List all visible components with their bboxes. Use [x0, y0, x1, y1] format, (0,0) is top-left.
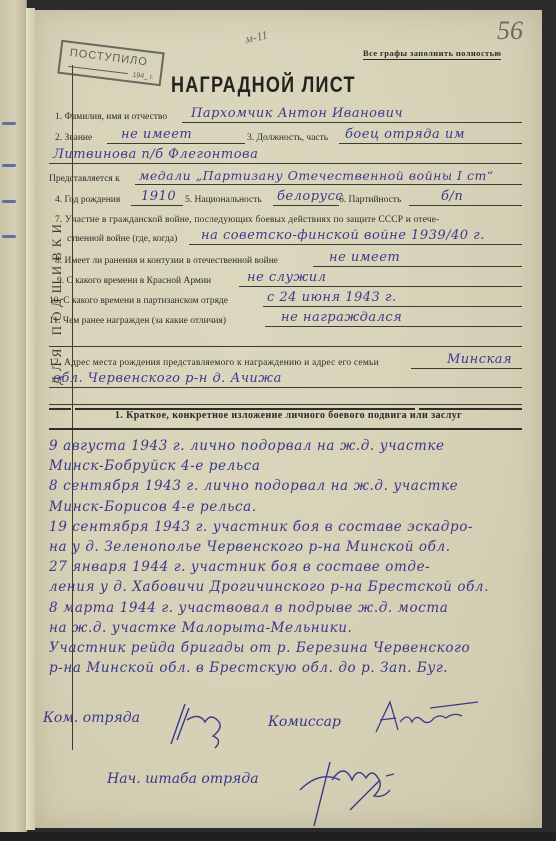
ink-mark [2, 122, 16, 125]
field-address-blank [49, 388, 522, 406]
signature-commander: Ком. отряда [43, 710, 140, 726]
signature-title: Нач. штаба отряда [107, 771, 259, 787]
field-prior-awards-blank [49, 330, 522, 348]
field-label: 9. С какого времени в Красной Армии [57, 276, 211, 286]
chief-of-staff-signature-scrawl [290, 750, 420, 830]
field-label: 4. Год рождения [55, 195, 120, 205]
field-rule [107, 143, 245, 144]
field-value: 1910 [141, 189, 176, 204]
signature-commissar: Комиссар [268, 714, 341, 730]
field-value: медали „Партизану Отечественной войны I … [139, 168, 494, 183]
field-rule [339, 143, 522, 144]
stamp-date: 194_ г. [132, 72, 154, 82]
scan-border [0, 832, 556, 841]
field-value: боец отряда им [345, 127, 465, 142]
field-label: 3. Должность, часть [247, 133, 328, 143]
signature-chief-of-staff: Нач. штаба отряда [107, 771, 259, 787]
field-label: 10. С какого времени в партизанском отря… [49, 296, 228, 306]
field-value: с 24 июня 1943 г. [267, 290, 397, 305]
adjacent-page-edge [0, 0, 27, 832]
field-label: 2. Звание [55, 133, 92, 143]
field-value: обл. Червенского р-н д. Ачижа [53, 371, 282, 386]
archive-mark: м-11 [244, 28, 269, 47]
field-label: ственной войне (где, когда) [67, 234, 177, 244]
field-rule [409, 205, 522, 206]
field-civil-war-continued: ственной войне (где, когда) на советско-… [49, 228, 522, 246]
narrative-line: 19 сентября 1943 г. участник боя в соста… [49, 519, 473, 535]
section-title: 1. Краткое, конкретное изложение личного… [35, 410, 542, 421]
field-label: 6. Партийность [339, 195, 401, 205]
fill-instruction: Все графы заполнить полностью [363, 48, 501, 60]
field-red-army: 9. С какого времени в Красной Армии не с… [49, 270, 522, 288]
binding-spine [26, 8, 35, 830]
field-prior-awards: 11. Чем ранее награжден (за какие отличи… [49, 310, 522, 328]
commissar-signature-scrawl [370, 698, 490, 738]
narrative-line: на ж.д. участке Малорыта-Мельники. [49, 620, 352, 636]
field-name: 1. Фамилия, имя и отчество Пархомчик Ант… [49, 106, 522, 124]
field-rule [49, 346, 522, 347]
field-value: на советско-финской войне 1939/40 г. [201, 228, 485, 243]
field-birth-nationality-party: 4. Год рождения 1910 5. Национальность б… [49, 189, 522, 207]
field-civil-war: 7. Участие в гражданской войне, последую… [49, 209, 522, 227]
field-value: Литвинова п/б Флегонтова [53, 147, 258, 162]
field-award: Представляется к медали „Партизану Отече… [49, 168, 522, 186]
separator [49, 428, 522, 430]
field-value: не служил [247, 270, 326, 285]
field-rule [313, 266, 522, 267]
field-value: Минская [447, 352, 512, 367]
page-number: 56 [497, 16, 523, 46]
stamp-line [68, 66, 128, 74]
document-title: НАГРАДНОЙ ЛИСТ [171, 72, 356, 98]
field-label: 8. Имеет ли ранения и контузии в отечест… [55, 256, 278, 266]
narrative-line: 27 января 1944 г. участник боя в составе… [49, 559, 430, 575]
narrative-line: Минск-Борисов 4-е рельса. [49, 499, 257, 515]
field-label: 11. Чем ранее награжден (за какие отличи… [49, 316, 226, 326]
narrative-line: 9 августа 1943 г. лично подорвал на ж.д.… [49, 438, 445, 454]
field-partisan-since: 10. С какого времени в партизанском отря… [49, 290, 522, 308]
field-value: Пархомчик Антон Иванович [191, 106, 403, 121]
field-position-continued: Литвинова п/б Флегонтова [49, 147, 522, 165]
ink-mark [2, 235, 16, 238]
field-value: б/п [441, 189, 463, 204]
field-value: не имеет [329, 250, 400, 265]
field-address-continued: обл. Червенского р-н д. Ачижа [49, 371, 522, 389]
field-rule [411, 368, 522, 369]
field-label: 7. Участие в гражданской войне, последую… [55, 215, 439, 225]
field-rule [49, 163, 522, 164]
field-rule [189, 244, 522, 245]
field-rule [131, 205, 183, 206]
field-rule [49, 404, 522, 405]
field-rule [265, 326, 522, 327]
narrative-line: 8 сентября 1943 г. лично подорвал на ж.д… [49, 478, 458, 494]
field-label: 1. Фамилия, имя и отчество [55, 112, 167, 122]
field-value: не награждался [281, 310, 402, 325]
ink-mark [2, 200, 16, 203]
field-label: 5. Национальность [185, 195, 262, 205]
ink-mark [2, 164, 16, 167]
narrative-line: ления у д. Хабовичи Дрогичинского р-на Б… [49, 579, 489, 595]
narrative-line: Участник рейда бригады от р. Березина Че… [49, 640, 470, 656]
field-rule [263, 306, 522, 307]
stamp-text: ПОСТУПИЛО [69, 47, 148, 68]
field-value: не имеет [121, 127, 192, 142]
narrative-line: р-на Минской обл. в Брестскую обл. до р.… [49, 660, 448, 676]
narrative-line: Минск-Бобруйск 4-е рельса [49, 458, 261, 474]
field-rank-position: 2. Звание не имеет 3. Должность, часть б… [49, 127, 522, 145]
field-rule [239, 286, 522, 287]
field-label: Представляется к [49, 174, 120, 184]
field-label: 12. Адрес места рождения представляемого… [49, 358, 379, 368]
commander-signature-scrawl [163, 700, 233, 750]
field-wounds: 8. Имеет ли ранения и контузии в отечест… [49, 250, 522, 268]
narrative-line: 8 марта 1944 г. участвовал в подрыве ж.д… [49, 600, 448, 616]
field-rule [182, 122, 522, 123]
signature-title: Комиссар [268, 714, 341, 730]
field-address: 12. Адрес места рождения представляемого… [49, 352, 522, 370]
field-value: белорусс [277, 189, 343, 204]
signature-title: Ком. отряда [43, 710, 140, 726]
field-rule [273, 205, 339, 206]
narrative-line: на у д. Зеленополье Червенского р-на Мин… [49, 539, 451, 555]
award-sheet: ДЛЯ ПОДШИВКИ ПОСТУПИЛО 194_ г. м-11 56 В… [35, 10, 542, 828]
received-stamp: ПОСТУПИЛО 194_ г. [57, 40, 164, 86]
field-rule [135, 184, 522, 185]
